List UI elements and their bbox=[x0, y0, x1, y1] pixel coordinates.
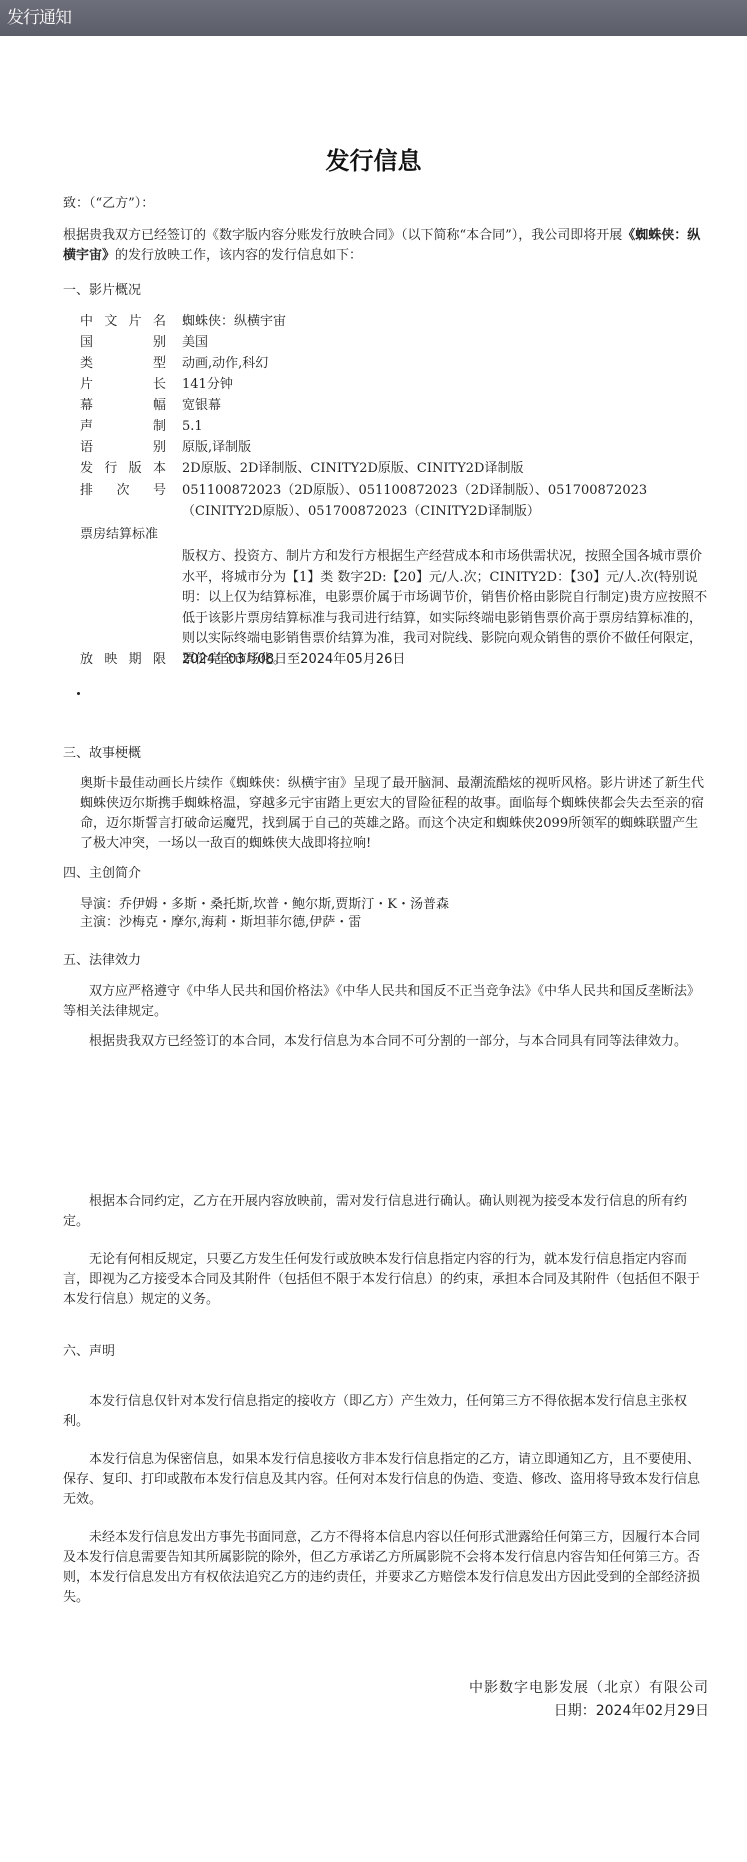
info-value: 2024年03月08日至2024年05月26日 bbox=[180, 649, 710, 670]
document-title: 发行信息 bbox=[0, 146, 747, 176]
info-row-runtime: 片长 141分钟 bbox=[80, 374, 710, 395]
intro-paragraph: 根据贵我双方已经签订的《数字版内容分账发行放映合同》（以下简称“本合同”），我公… bbox=[63, 226, 709, 266]
info-label: 排次号 bbox=[80, 480, 166, 522]
info-row-chinese-title: 中文片名 蜘蛛侠：纵横宇宙 bbox=[80, 311, 710, 332]
bullet-dot bbox=[77, 692, 80, 695]
synopsis-text: 奥斯卡最佳动画长片续作《蜘蛛侠：纵横宇宙》呈现了最开脑洞、最潮流酷炫的视听风格。… bbox=[80, 774, 710, 854]
legal-paragraph-1: 双方应严格遵守《中华人民共和国价格法》《中华人民共和国反不正当竞争法》《中华人民… bbox=[63, 982, 709, 1022]
info-label: 声制 bbox=[80, 416, 166, 437]
info-row-genre: 类型 动画,动作,科幻 bbox=[80, 353, 710, 374]
intro-prefix: 根据贵我双方已经签订的《数字版内容分账发行放映合同》（以下简称“本合同”），我公… bbox=[63, 228, 622, 243]
section-heading-statement: 六、声明 bbox=[63, 1341, 115, 1362]
intro-suffix: 的发行放映工作，该内容的发行信息如下： bbox=[115, 248, 362, 263]
statement-paragraph-1: 本发行信息仅针对本发行信息指定的接收方（即乙方）产生效力，任何第三方不得依据本发… bbox=[63, 1392, 709, 1432]
cast-line: 主演：沙梅克・摩尔,海莉・斯坦菲尔德,伊萨・雷 bbox=[80, 912, 710, 933]
info-label: 发行版本 bbox=[80, 458, 166, 479]
signature-date: 日期：2024年02月29日 bbox=[554, 1701, 709, 1722]
info-row-screen-format: 幕幅 宽银幕 bbox=[80, 395, 710, 416]
window-title-bar: 发行通知 bbox=[0, 0, 747, 36]
signature-company: 中影数字电影发展（北京）有限公司 bbox=[469, 1678, 709, 1699]
legal-paragraph-3: 根据本合同约定，乙方在开展内容放映前，需对发行信息进行确认。确认则视为接受本发行… bbox=[63, 1192, 709, 1232]
section-heading-legal: 五、法律效力 bbox=[63, 950, 141, 971]
statement-paragraph-3: 未经本发行信息发出方事先书面同意，乙方不得将本信息内容以任何形式泄露给任何第三方… bbox=[63, 1528, 709, 1608]
section-heading-creators: 四、主创简介 bbox=[63, 863, 141, 884]
statement-paragraph-2: 本发行信息为保密信息，如果本发行信息接收方非本发行信息指定的乙方，请立即通知乙方… bbox=[63, 1450, 709, 1510]
info-value: 动画,动作,科幻 bbox=[180, 353, 710, 374]
info-label: 放映期限 bbox=[80, 649, 166, 670]
info-row-schedule-number: 排次号 051100872023（2D原版）、051100872023（2D译制… bbox=[80, 480, 710, 522]
info-label: 中文片名 bbox=[80, 311, 166, 332]
info-value: 5.1 bbox=[180, 416, 710, 437]
info-label: 类型 bbox=[80, 353, 166, 374]
info-value: 051100872023（2D原版）、051100872023（2D译制版）、0… bbox=[180, 480, 710, 522]
greeting: 致：（“乙方”）： bbox=[63, 193, 709, 214]
section-heading-synopsis: 三、故事梗概 bbox=[63, 743, 141, 764]
info-value: 2D原版、2D译制版、CINITY2D原版、CINITY2D译制版 bbox=[180, 458, 710, 479]
window-title: 发行通知 bbox=[7, 8, 71, 28]
info-row-sound: 声制 5.1 bbox=[80, 416, 710, 437]
legal-paragraph-4: 无论有何相反规定，只要乙方发生任何发行或放映本发行信息指定内容的行为，就本发行信… bbox=[63, 1250, 709, 1310]
info-row-screening-period: 放映期限 2024年03月08日至2024年05月26日 bbox=[80, 649, 710, 670]
info-value: 原版,译制版 bbox=[180, 437, 710, 458]
section-heading-overview: 一、影片概况 bbox=[63, 280, 141, 301]
info-label: 幕幅 bbox=[80, 395, 166, 416]
info-value: 宽银幕 bbox=[180, 395, 710, 416]
info-label: 语别 bbox=[80, 437, 166, 458]
info-row-release-versions: 发行版本 2D原版、2D译制版、CINITY2D原版、CINITY2D译制版 bbox=[80, 458, 710, 479]
info-value: 蜘蛛侠：纵横宇宙 bbox=[180, 311, 710, 332]
info-label: 国别 bbox=[80, 332, 166, 353]
info-value: 141分钟 bbox=[180, 374, 710, 395]
info-row-language: 语别 原版,译制版 bbox=[80, 437, 710, 458]
settlement-label: 票房结算标准 bbox=[80, 524, 158, 545]
info-row-country: 国别 美国 bbox=[80, 332, 710, 353]
info-label: 片长 bbox=[80, 374, 166, 395]
legal-paragraph-2: 根据贵我双方已经签订的本合同，本发行信息为本合同不可分割的一部分，与本合同具有同… bbox=[63, 1032, 709, 1052]
info-value: 美国 bbox=[180, 332, 710, 353]
